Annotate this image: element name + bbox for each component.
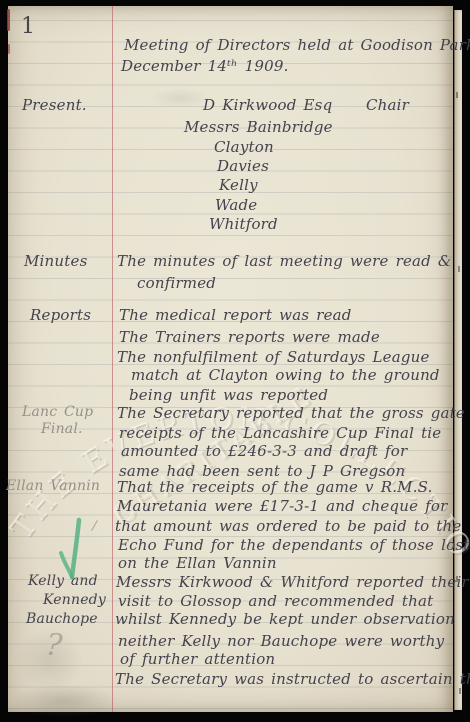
lanc-cup-line: receipts of the Lancashire Cup Final tie	[119, 424, 441, 442]
header-line-2: December 14ᵗʰ 1909.	[121, 57, 289, 75]
pencil-question-mark: ?	[45, 627, 64, 663]
page-edge-mark	[458, 266, 460, 272]
margin-label-ellan-vannin: Ellan Vannin	[6, 478, 100, 494]
page-edge-mark	[459, 688, 461, 694]
attendee: Whitford	[209, 215, 278, 233]
kelly-kennedy-line: whilst Kennedy be kept under observation	[115, 610, 455, 628]
attendee: Wade	[215, 196, 257, 214]
kelly-kennedy-line: neither Kelly nor Bauchope were worthy	[118, 632, 444, 650]
reports-line: The medical report was read	[119, 306, 352, 324]
kelly-kennedy-line: Messrs Kirkwood & Whitford reported thei…	[116, 573, 469, 591]
lanc-cup-line: The Secretary reported that the gross ga…	[117, 404, 465, 422]
ellan-vannin-line: Echo Fund for the dependants of those lo…	[118, 536, 469, 554]
margin-label-lanc-cup-final: Final.	[41, 421, 83, 437]
attendee: Kelly	[219, 176, 258, 194]
binding-speck	[7, 9, 10, 31]
kelly-kennedy-line: visit to Glossop and recommended that	[118, 592, 433, 610]
lanc-cup-line: amounted to £246-3-3 and draft for	[121, 442, 407, 460]
minutes-line: confirmed	[137, 274, 216, 292]
reports-line: being unfit was reported	[129, 386, 328, 404]
attendee: Davies	[217, 157, 269, 175]
red-margin-rule	[112, 6, 113, 712]
ellan-vannin-line: That the receipts of the game v R.M.S.	[117, 478, 433, 496]
reports-line: The Trainers reports were made	[119, 328, 380, 346]
margin-label-present: Present.	[22, 96, 87, 114]
attendee: Messrs Bainbridge	[184, 118, 333, 136]
page-edge-mark	[456, 92, 458, 98]
margin-label-kelly-and: Kelly and	[28, 573, 98, 589]
margin-label-lanc-cup: Lanc Cup	[22, 404, 93, 420]
minute-book-page-scan: THE EVERTON COLLECTION THE EVERTON COLLE…	[0, 0, 470, 722]
attendee-chair-name: D Kirkwood Esq	[203, 96, 332, 114]
kelly-kennedy-line: of further attention	[120, 650, 275, 668]
kelly-kennedy-line: The Secretary was instructed to ascertai…	[115, 670, 470, 688]
ellan-vannin-line: that amount was ordered to be paid to th…	[115, 517, 461, 535]
page-edge-stack	[454, 10, 462, 710]
margin-label-kennedy: Kennedy	[43, 592, 106, 608]
page-number: 1	[21, 14, 36, 39]
reports-line: match at Clayton owing to the ground	[131, 366, 440, 384]
ellan-vannin-line: on the Ellan Vannin	[118, 554, 277, 572]
margin-label-reports: Reports	[30, 306, 91, 324]
attendee: Clayton	[214, 138, 274, 156]
margin-label-minutes: Minutes	[24, 252, 87, 270]
attendee-chair-title: Chair	[366, 96, 409, 114]
minutes-line: The minutes of last meeting were read &	[117, 252, 452, 270]
ellan-vannin-line: Mauretania were £17-3-1 and cheque for	[117, 497, 447, 515]
reports-line: The nonfulfilment of Saturdays League	[117, 348, 430, 366]
header-line-1: Meeting of Directors held at Goodison Pa…	[124, 36, 470, 54]
margin-label-bauchope: Bauchope	[26, 611, 98, 627]
binding-speck	[8, 44, 10, 54]
